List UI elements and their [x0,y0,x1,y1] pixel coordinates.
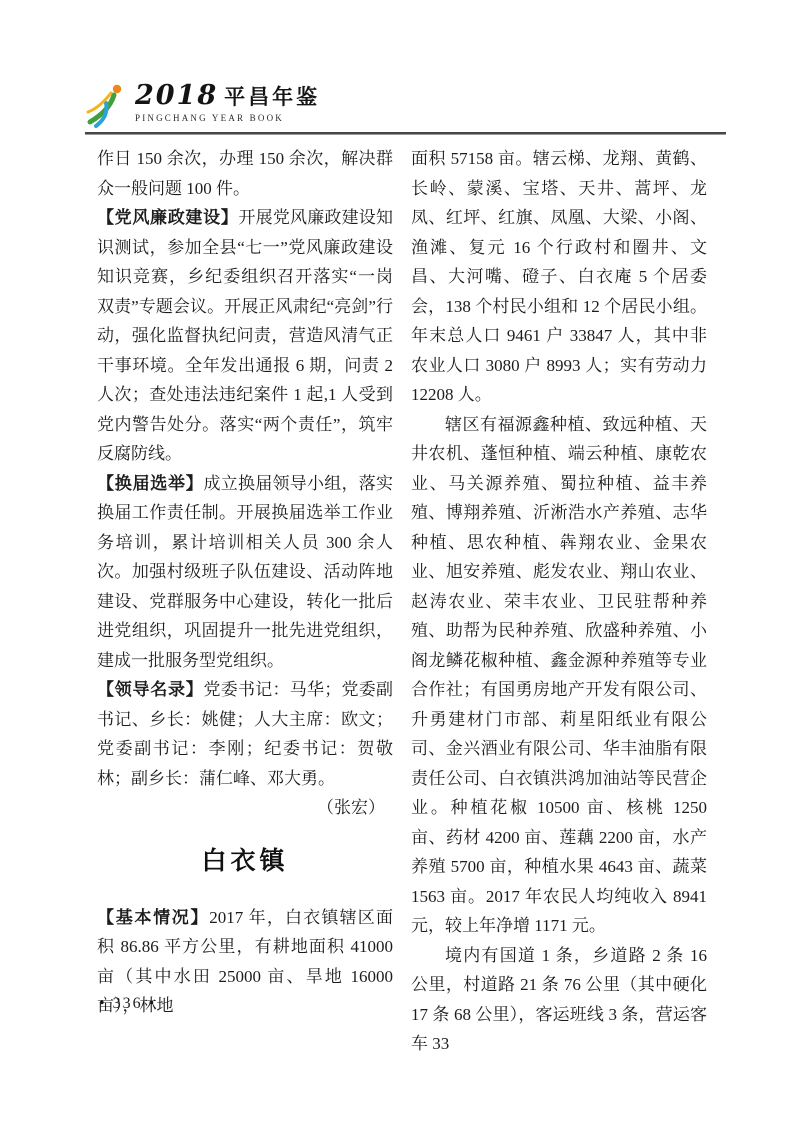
paragraph-continuation: 面积 57158 亩。辖云梯、龙翔、黄鹤、长岭、蒙溪、宝塔、天井、蒿坪、龙凤、红… [411,144,707,410]
entry-body: 开展党风廉政建设知识测试，参加全县“七一”党风廉政建设知识竞赛，乡纪委组织召开落… [97,208,393,463]
paragraph-text: 境内有国道 1 条，乡道路 2 条 16 公里，村道路 21 条 76 公里（其… [411,946,707,1054]
entry-leader-roster: 【领导名录】党委书记：马华；党委副书记、乡长：姚健；人大主席：欧文；党委副书记：… [97,675,393,793]
paragraph-text: 面积 57158 亩。辖云梯、龙翔、黄鹤、长岭、蒙溪、宝塔、天井、蒿坪、龙凤、红… [411,149,707,404]
logo-title: 平昌年鉴 [224,87,320,108]
page-number: • 336 • [99,995,156,1013]
left-column: 作日 150 余次，办理 150 余次，解决群众一般问题 100 件。 【党风廉… [97,144,393,1059]
byline: （张宏） [97,793,393,823]
section-title: 白衣镇 [97,847,393,877]
entry-head: 【基本情况】 [97,908,209,927]
paragraph-text: 作日 150 余次，办理 150 余次，解决群众一般问题 100 件。 [97,149,393,198]
paragraph-text: 辖区有福源鑫种植、致远种植、天井农机、蓬恒种植、端云种植、康乾农业、马关源养殖、… [411,415,707,936]
right-column: 面积 57158 亩。辖云梯、龙翔、黄鹤、长岭、蒙溪、宝塔、天井、蒿坪、龙凤、红… [411,144,707,1059]
logo-text: 2018 平昌年鉴 PINGCHANG YEAR BOOK [135,82,320,123]
entry-head: 【领导名录】 [97,680,204,699]
paragraph-cooperatives: 辖区有福源鑫种植、致远种植、天井农机、蓬恒种植、端云种植、康乾农业、马关源养殖、… [411,410,707,941]
entry-election: 【换届选举】成立换届领导小组，落实换届工作责任制。开展换届选举工作业务培训，累计… [97,469,393,676]
header-rule [85,132,726,135]
paragraph-roads: 境内有国道 1 条，乡道路 2 条 16 公里，村道路 21 条 76 公里（其… [411,941,707,1059]
entry-head: 【换届选举】 [97,474,204,493]
entry-body: 成立换届领导小组，落实换届工作责任制。开展换届选举工作业务培训，累计培训相关人员… [97,474,393,670]
yearbook-page: 2018 平昌年鉴 PINGCHANG YEAR BOOK 作日 150 余次，… [0,0,793,1122]
logo-year: 2018 [135,82,218,109]
logo-subtitle: PINGCHANG YEAR BOOK [135,113,320,123]
two-column-text: 作日 150 余次，办理 150 余次，解决群众一般问题 100 件。 【党风廉… [97,144,707,1059]
page-header: 2018 平昌年鉴 PINGCHANG YEAR BOOK [86,82,320,128]
ribbon-dancer-icon [86,82,128,128]
entry-party-conduct: 【党风廉政建设】开展党风廉政建设知识测试，参加全县“七一”党风廉政建设知识竞赛，… [97,203,393,469]
entry-head: 【党风廉政建设】 [97,208,239,227]
paragraph-continuation: 作日 150 余次，办理 150 余次，解决群众一般问题 100 件。 [97,144,393,203]
